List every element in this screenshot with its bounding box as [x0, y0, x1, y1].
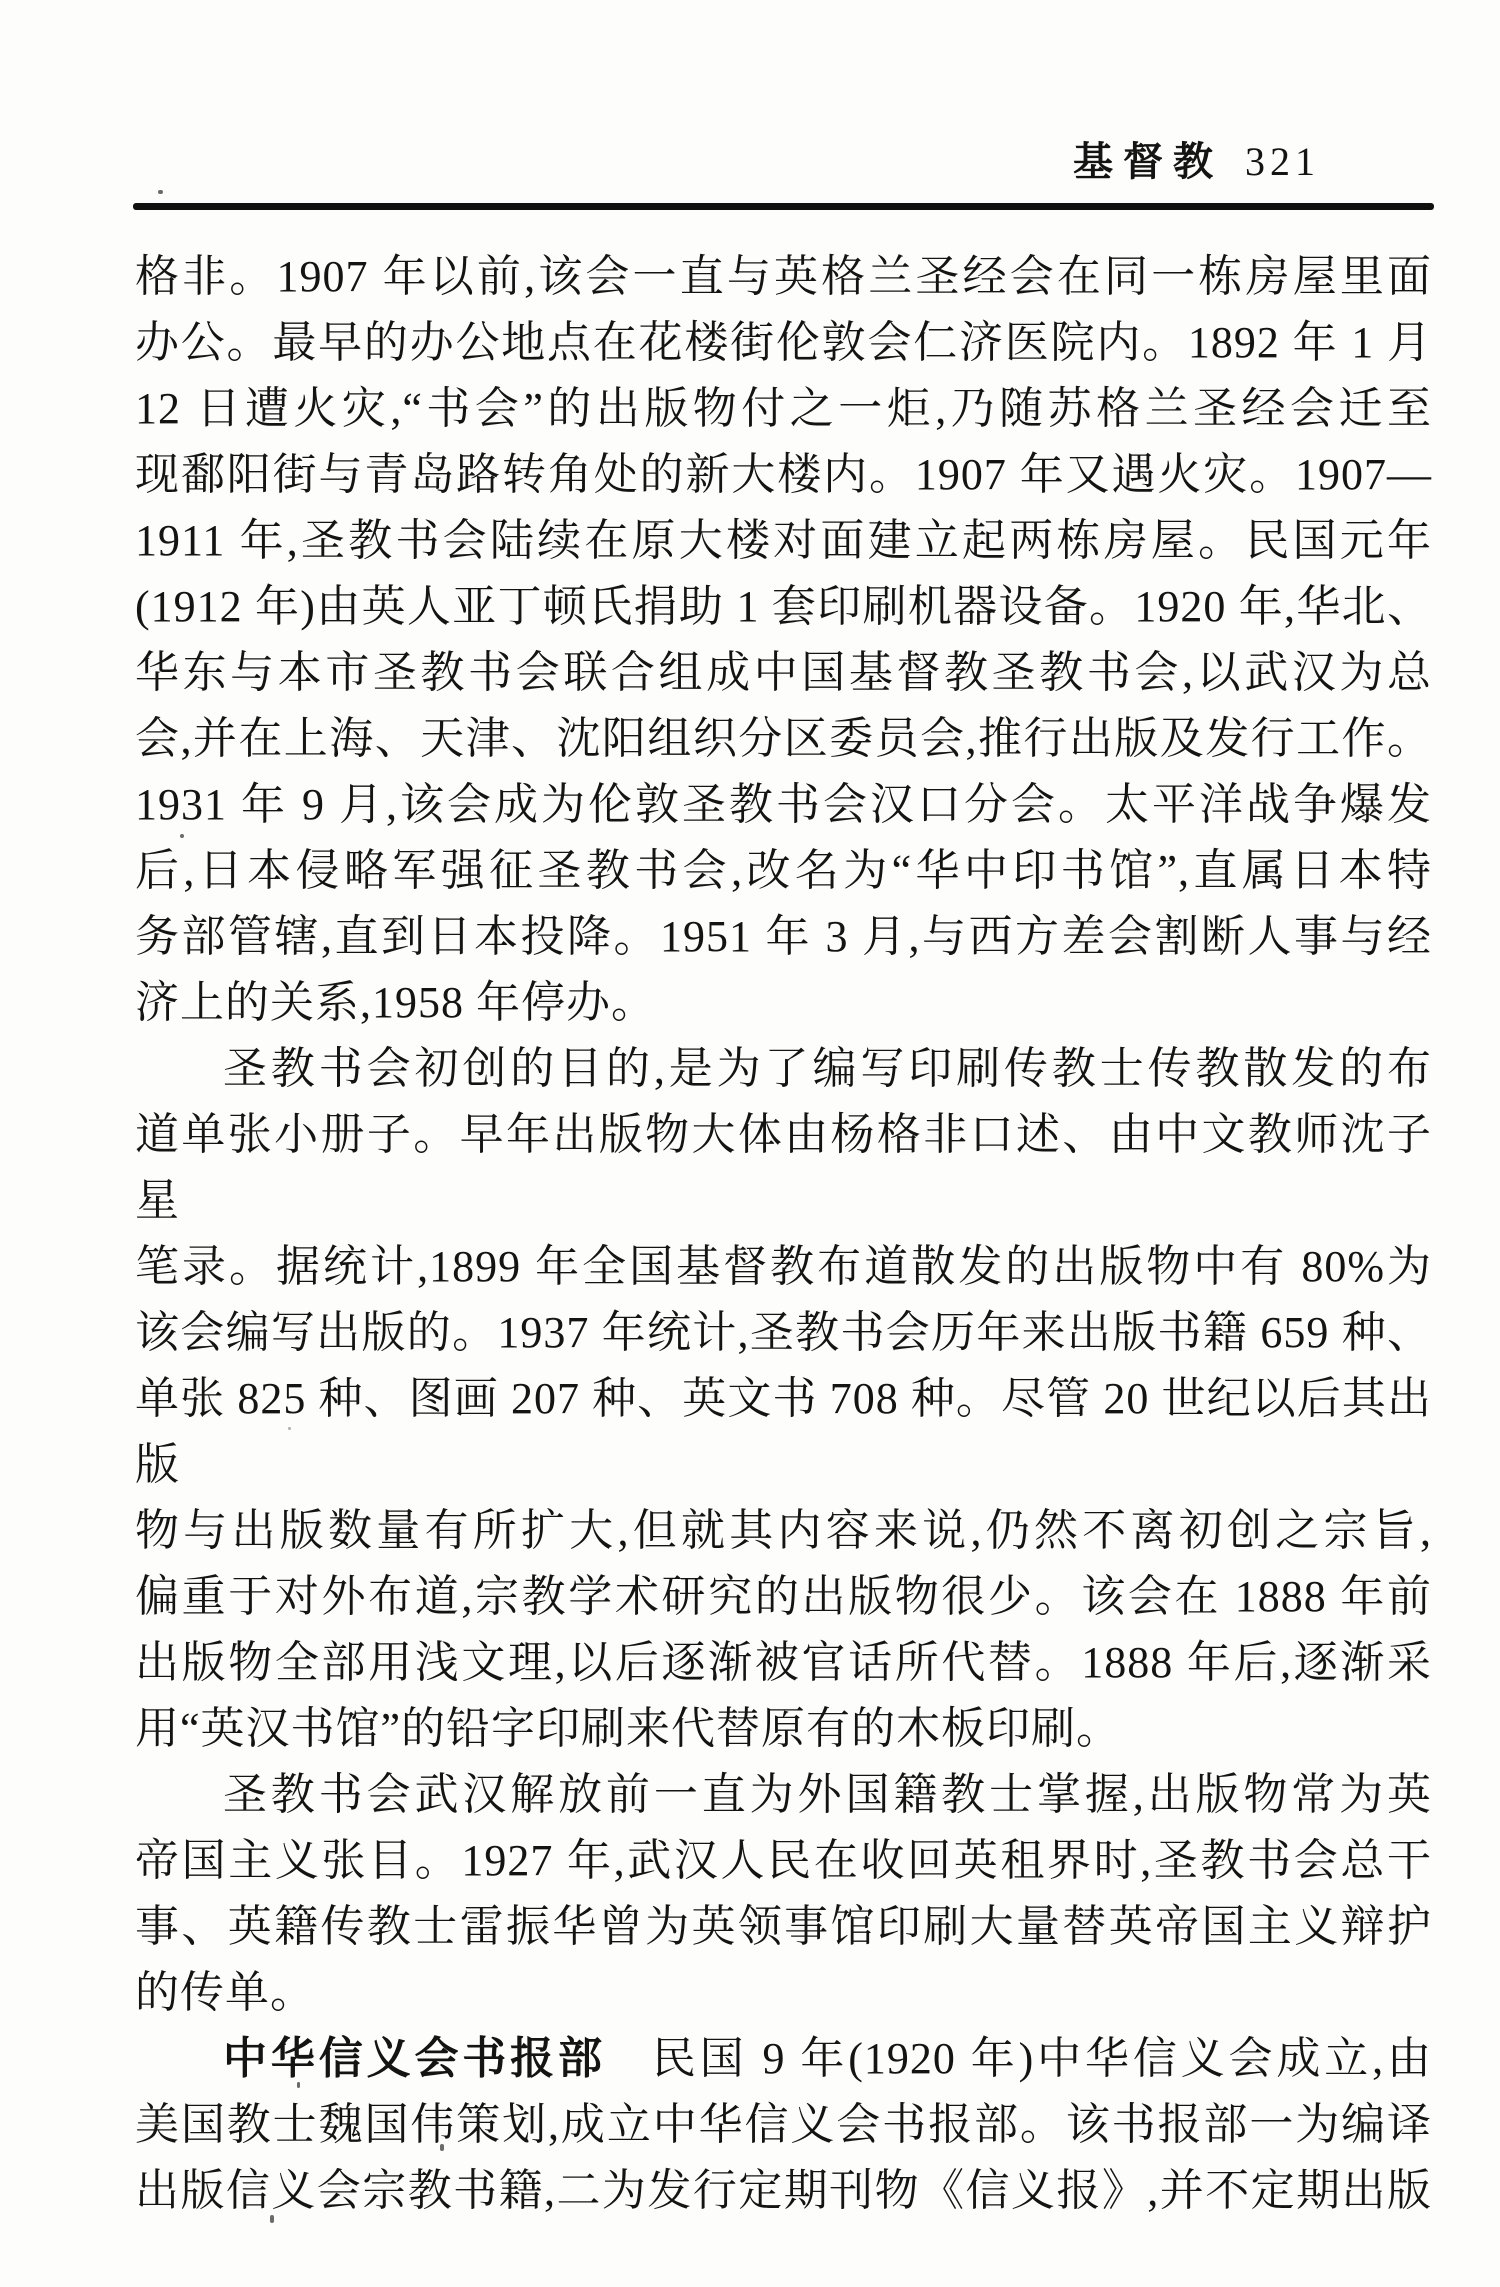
scan-speckle	[180, 834, 184, 838]
scan-speckle	[270, 2215, 274, 2223]
header-rule	[133, 203, 1434, 210]
body-text: 格非。1907 年以前,该会一直与英格兰圣经会在同一栋房屋里面 办公。最早的办公…	[135, 244, 1432, 2224]
text-line: 华东与本市圣教书会联合组成中国基督教圣教书会,以武汉为总	[135, 640, 1432, 706]
text-line: 会,并在上海、天津、沈阳组织分区委员会,推行出版及发行工作。	[135, 706, 1432, 772]
text-line: 办公。最早的办公地点在花楼街伦敦会仁济医院内。1892 年 1 月	[135, 310, 1432, 376]
text-line: 单张 825 种、图画 207 种、英文书 708 种。尽管 20 世纪以后其出…	[135, 1366, 1432, 1498]
text-line: 偏重于对外布道,宗教学术研究的出版物很少。该会在 1888 年前	[135, 1564, 1432, 1630]
text-line: (1912 年)由英人亚丁顿氏捐助 1 套印刷机器设备。1920 年,华北、	[135, 574, 1432, 640]
text-line: 事、英籍传教士雷振华曾为英领事馆印刷大量替英帝国主义辩护	[135, 1894, 1432, 1960]
entry-line: 中华信义会书报部民国 9 年(1920 年)中华信义会成立,由	[135, 2026, 1432, 2092]
text-line: 该会编写出版的。1937 年统计,圣教书会历年来出版书籍 659 种、	[135, 1300, 1432, 1366]
text-line: 出版信义会宗教书籍,二为发行定期刊物《信义报》,并不定期出版	[135, 2158, 1432, 2224]
text-line: 12 日遭火灾,“书会”的出版物付之一炬,乃随苏格兰圣经会迁至	[135, 376, 1432, 442]
page-header: 基督教321	[135, 136, 1432, 188]
text-line: 帝国主义张目。1927 年,武汉人民在收回英租界时,圣教书会总干	[135, 1828, 1432, 1894]
text-line: 务部管辖,直到日本投降。1951 年 3 月,与西方差会割断人事与经	[135, 904, 1432, 970]
text-line: 济上的关系,1958 年停办。	[135, 970, 1432, 1036]
text-line: 1911 年,圣教书会陆续在原大楼对面建立起两栋房屋。民国元年	[135, 508, 1432, 574]
header-page-number: 321	[1245, 139, 1320, 184]
scan-speckle	[297, 2082, 300, 2088]
text-line: 圣教书会武汉解放前一直为外国籍教士掌握,出版物常为英	[135, 1762, 1432, 1828]
scan-speckle	[158, 190, 163, 194]
text-line: 1931 年 9 月,该会成为伦敦圣教书会汉口分会。太平洋战争爆发	[135, 772, 1432, 838]
text-line: 用“英汉书馆”的铅字印刷来代替原有的木板印刷。	[135, 1696, 1432, 1762]
text-line: 美国教士魏国伟策划,成立中华信义会书报部。该书报部一为编译	[135, 2092, 1432, 2158]
text-line: 圣教书会初创的目的,是为了编写印刷传教士传教散发的布	[135, 1036, 1432, 1102]
text-line: 格非。1907 年以前,该会一直与英格兰圣经会在同一栋房屋里面	[135, 244, 1432, 310]
text-line: 道单张小册子。早年出版物大体由杨格非口述、由中文教师沈子星	[135, 1102, 1432, 1234]
text-line: 的传单。	[135, 1960, 1432, 2026]
entry-text: 民国 9 年(1920 年)中华信义会成立,由	[652, 2034, 1432, 2083]
header-section-title: 基督教	[1073, 139, 1223, 184]
text-line: 后,日本侵略军强征圣教书会,改名为“华中印书馆”,直属日本特	[135, 838, 1432, 904]
text-line: 现鄱阳街与青岛路转角处的新大楼内。1907 年又遇火灾。1907—	[135, 442, 1432, 508]
text-line: 出版物全部用浅文理,以后逐渐被官话所代替。1888 年后,逐渐采	[135, 1630, 1432, 1696]
text-line: 笔录。据统计,1899 年全国基督教布道散发的出版物中有 80%为	[135, 1234, 1432, 1300]
page: 基督教321 格非。1907 年以前,该会一直与英格兰圣经会在同一栋房屋里面 办…	[0, 0, 1500, 2287]
scan-speckle	[440, 2144, 444, 2151]
scan-speckle	[288, 1427, 291, 1430]
entry-title: 中华信义会书报部	[223, 2034, 606, 2083]
text-line: 物与出版数量有所扩大,但就其内容来说,仍然不离初创之宗旨,	[135, 1498, 1432, 1564]
